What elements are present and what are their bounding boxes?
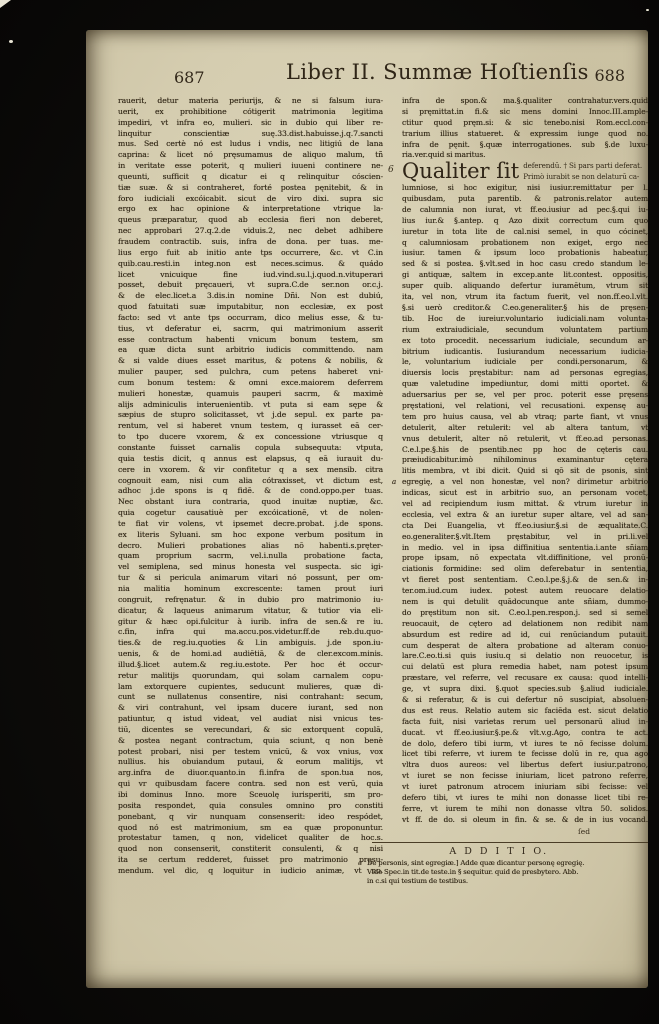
text-line: mendum. vel dic, q loquitur in iudicio a… — [118, 866, 383, 877]
text-line: vltra duos aureos: vel libertus defert i… — [402, 760, 648, 771]
text-line: & de elec.licet.a 3.dis.in nomine Dñi. N… — [118, 291, 383, 302]
left-column: rauerit, detur materia periurijs, & ne s… — [118, 96, 383, 886]
text-line: nullius. his obuiandum putaui, & eorum m… — [118, 757, 383, 768]
text-line: si pręmittat.in fi.& sic mens domini Inn… — [402, 107, 648, 118]
text-line: ferre, vt iurem te mihi non donasse vltr… — [402, 804, 648, 815]
text-line: ergo ex hac opinione & interpretatione v… — [118, 204, 383, 215]
text-line: te fiat vir volens, vt ipsemet decre.pro… — [118, 519, 383, 530]
text-line: cunt se nullatenus consentire, nisi cont… — [118, 692, 383, 703]
text-line: licet tibi referre, vt iurem te fecisse … — [402, 749, 648, 760]
text-line: ea quæ dicta sunt arbitrio iudicis commi… — [118, 345, 383, 356]
text-line: cere in vxorem. & vir confitetur q a sex… — [118, 465, 383, 476]
text-line: foro iudiciali excóicabit. sicut de viro… — [118, 194, 383, 205]
text-line: infra de spon.& ma.§.qualiter contrahatu… — [402, 96, 648, 107]
section-side-line: deferendū. † Si pars parti deferat. — [523, 161, 648, 172]
text-line: rium extraiudiciale, secundum voluntatem… — [402, 325, 648, 336]
text-line: c.fin, infra qui ma.accu.pos.videtur.ff.… — [118, 627, 383, 638]
section-heading-side: deferendū. † Si pars parti deferat. Prim… — [519, 161, 648, 183]
text-line: quod fatuitati suæ imputabitur, non eccl… — [118, 302, 383, 313]
text-line: caprina: & licet nó pręsumamus de aliquo… — [118, 150, 383, 161]
text-line: illud.§.licet autem.& reg.iu.estote. Per… — [118, 660, 383, 671]
text-line: tiæ suæ. & si contraheret, forté postea … — [118, 183, 383, 194]
text-columns: rauerit, detur materia periurijs, & ne s… — [118, 96, 648, 886]
text-line: in veritate esse poterit, q mulieri iuue… — [118, 161, 383, 172]
text-line: detulerit, alter retulerit: vel ab alter… — [402, 423, 648, 434]
text-line: ciationis formidine: sed olim deferebatu… — [402, 564, 648, 575]
text-line: rauerit, detur materia periurijs, & ne s… — [118, 96, 383, 107]
text-line: vt iuret patronum atrocem iniuriam sibi … — [402, 782, 648, 793]
text-line: queunti, sufficit q dicatur ei q relinqu… — [118, 172, 383, 183]
margin-letter: a — [392, 477, 396, 488]
text-line: dicatur, & laqueus animarum vitatur, & t… — [118, 606, 383, 617]
text-line: sæpius de stupro solicitasset, vt j.de s… — [118, 410, 383, 421]
text-line: mulieri honestæ, quamuis pauperi sacrm, … — [118, 389, 383, 400]
text-line: decro. Mulieri probationes alias nō habe… — [118, 541, 383, 552]
text-line: ducat. vt ff.eo.iusiur.§.pe.& vlt.v.g.Ag… — [402, 728, 648, 739]
text-line: posita respondet, quia consules omnino p… — [118, 801, 383, 812]
text-line: queus præparatur, quod ab ecclesia fieri… — [118, 215, 383, 226]
text-line: lius ergo fuit ab initio ante tps occurr… — [118, 248, 383, 259]
text-line: aduersarius per se, vel per proc. poteri… — [402, 390, 648, 401]
scan-speck — [9, 40, 13, 43]
text-line: protestatur tamen, q non, videlicet qual… — [118, 833, 383, 844]
text-line: alijs adminiculis interuenientib. vt put… — [118, 400, 383, 411]
text-line: ecclesia, vel extra & an iuretur super a… — [402, 510, 648, 521]
additio-margin-letter: a — [358, 859, 362, 867]
text-line: vt ff. de do. si oleum in fin. & se. & d… — [402, 815, 648, 826]
right-column-body: lumniose, si hoc exigitur, nisi iusiur.r… — [402, 183, 648, 826]
text-line: cum bonum testem: & omni exce.maiorem de… — [118, 378, 383, 389]
text-line: C.e.l.pe.§.his de psentib.nec pp hoc de … — [402, 445, 648, 456]
text-line: de dolo, defero tibi iurm, vt iures te n… — [402, 739, 648, 750]
text-line: & si referatur, & is cui defertur nō sus… — [402, 695, 648, 706]
text-line: tem pro huius causa, vel ab vtraq; parte… — [402, 412, 648, 423]
text-line: absurdum est redire ad id, cui renūciand… — [402, 630, 648, 641]
text-line: Vide Spec.in tit.de teste.in § sequitur.… — [367, 868, 640, 877]
text-line: prope ipsam, nō expectata vlt.diffinitio… — [402, 553, 648, 564]
text-line: qui vr quibusdam facere contra. sed non … — [118, 779, 383, 790]
text-line: uenis, & de homi.ad audiētiā, & de cler.… — [118, 649, 383, 660]
text-line: vt iuret se non fecisse iniuriam, licet … — [402, 771, 648, 782]
right-column-intro: infra de spon.& ma.§.qualiter contrahatu… — [402, 96, 648, 161]
text-line: quod nó est matrimonium, sm ea quæ propo… — [118, 823, 383, 834]
additio-section: A D D I T I O. a De personis, sint egreg… — [358, 846, 640, 886]
text-line: tur & si pericula animarum vitari nó pos… — [118, 573, 383, 584]
text-line: ter.om.iud.cum iudex. potest autem reuoc… — [402, 586, 648, 597]
text-line: Nec obstant iura contraria, quod inuitæ … — [118, 497, 383, 508]
text-line: ex literis Syluani. sm hoc expone verbum… — [118, 530, 383, 541]
text-line: cum desperat de altera probatione ad alt… — [402, 641, 648, 652]
text-line: impediri, vt infra eo, mulieri. sic in d… — [118, 118, 383, 129]
page-header: 687 Liber II. Summæ Hoſtienſis 688 — [118, 60, 648, 94]
text-line: quæ valetudine impediuntur, domi mitti o… — [402, 379, 648, 390]
text-line: vt fieret post sententiam. C.eo.l.pe.§.j… — [402, 575, 648, 586]
text-line: iusiur. tamen & ipsum loco probationis h… — [402, 248, 648, 259]
text-line: tib. Hoc de iureiur.voluntario iudiciali… — [402, 314, 648, 325]
text-line: ex toto procedit. necessarium iudiciale,… — [402, 336, 648, 347]
additio-heading: A D D I T I O. — [358, 846, 640, 857]
section-heading-block: 6 Qualiter ſit deferendū. † Si pars part… — [402, 161, 648, 183]
text-line: patiuntur, q istud videat, vel audiat ni… — [118, 714, 383, 725]
text-line: in medio. vel in ipsa diffinitiua senten… — [402, 543, 648, 554]
text-line: vel ad recipiendum iusm mittat. & vtrum … — [402, 499, 648, 510]
text-line: de calumnia non iurat, vt ff.eo.iusiur a… — [402, 205, 648, 216]
text-line: mulier pauper, sed pulchra, cum petens h… — [118, 367, 383, 378]
text-line: do pręstitum non sit. C.eo.l.pen.respon.… — [402, 608, 648, 619]
text-line: bitrium iudicantis. Iusiurandum necessar… — [402, 347, 648, 358]
text-line: & postea negant contractum, quia sciunt,… — [118, 736, 383, 747]
additio-lines: a De personis, sint egregiæ.] Adde quæ d… — [358, 859, 640, 886]
text-line: to tpo ducere vxorem, & ex concessione v… — [118, 432, 383, 443]
text-line: gi antiquæ, saltem in excep.ante lit.con… — [402, 270, 648, 281]
section-side-line: Primò iurabit se non delaturū ca- — [523, 172, 648, 183]
text-line: quib.cau.resti.in integ.non est neces.sc… — [118, 259, 383, 270]
text-line: & viri contrahunt, vel ipsam ducere iura… — [118, 703, 383, 714]
margin-number: 6 — [388, 165, 394, 175]
text-line: ibi dominus Inno. more Sceuolę iurisperi… — [118, 790, 383, 801]
text-line: arg.infra de diuor.quanto.in fi.infra de… — [118, 768, 383, 779]
text-line: vnus detulerit, alter nō retulerit, vt f… — [402, 434, 648, 445]
catchword-row: ſed — [402, 826, 648, 837]
catchword: ſed — [578, 827, 590, 836]
folio-number-right: 688 — [594, 66, 625, 85]
text-line: in c.si qui testium de testibus. — [367, 877, 640, 886]
text-line: quam proprium sacrm, vel.i.nulla probati… — [118, 551, 383, 562]
text-line: litis membra, vt ibi dicit. Quid si qō s… — [402, 466, 648, 477]
text-line: §.si uerò creditor.& C.eo.generaliter.§ … — [402, 303, 648, 314]
page-title: Liber II. Summæ Hoſtienſis — [286, 60, 589, 84]
text-line: rentum, vel si haberet vnum testem, q iu… — [118, 421, 383, 432]
text-line: uerit, ex prohibitione cótigerit matrimo… — [118, 107, 383, 118]
text-line: defero tibi, vt iures te mihi non donass… — [402, 793, 648, 804]
text-line: gitur & hæc opi.fulcitur à iurib. infra … — [118, 617, 383, 628]
text-line: q calumniosam probationem non exiget, er… — [402, 238, 648, 249]
text-line: trarium illius statueret. & expressim iu… — [402, 129, 648, 140]
text-line: facta fuit, nisi varietas rerum uel pers… — [402, 717, 648, 728]
text-line: ita se certum redderet, fuisset pro matr… — [118, 855, 383, 866]
book-page: 687 Liber II. Summæ Hoſtienſis 688 rauer… — [86, 30, 648, 988]
text-line: constante fuisset carnalis copula subseq… — [118, 443, 383, 454]
text-line: & si valde diues esset maritus, & potens… — [118, 356, 383, 367]
section-heading: Qualiter ſit — [402, 161, 519, 183]
text-line: quia cogetur causatiuè per excóicationē,… — [118, 508, 383, 519]
text-line: fraudem contractib. suis, infra de dona.… — [118, 237, 383, 248]
text-line: lumniose, si hoc exigitur, nisi iusiur.r… — [402, 183, 648, 194]
text-line: aegregię, a vel non honestæ, vel non? di… — [402, 477, 648, 488]
text-line: eo.generaliter.§.vlt.Item pręstabitur, v… — [402, 532, 648, 543]
text-line: nec approbari 27.q.2.de viduis.2, nec de… — [118, 226, 383, 237]
text-line: diuersis locis pręstabitur: nam ad perso… — [402, 368, 648, 379]
folio-number-left: 687 — [174, 68, 205, 87]
text-line: cui delatū est plura remedia habet, nam … — [402, 662, 648, 673]
text-line: ge, vt supra dixi. §.quot species.sub §.… — [402, 684, 648, 695]
text-line: esse contractum habenti vnicum bonum tes… — [118, 335, 383, 346]
text-line: reuocauit, de cętero ad delationem non r… — [402, 619, 648, 630]
text-line: nia malitia hominum excrescente: tamen p… — [118, 584, 383, 595]
right-column: infra de spon.& ma.§.qualiter contrahatu… — [402, 96, 648, 886]
text-line: super quib. aliquando defertur iuramētum… — [402, 281, 648, 292]
text-line: lius iur.& §.antep. q Azo dixit correctu… — [402, 216, 648, 227]
text-line: quia testis dicit, q annus est elapsus, … — [118, 454, 383, 465]
text-line: potest probari, nisi per testem vnicū, &… — [118, 747, 383, 758]
text-line: dus est reus. Relatio autem sic faciēda … — [402, 706, 648, 717]
text-line: le, voluntarium iudiciale per condi.pers… — [402, 357, 648, 368]
text-line: vel semiplena, sed minus honesta vel sus… — [118, 562, 383, 573]
text-line: mus. Sed certè nó est ludus i vndis, nec… — [118, 139, 383, 150]
text-line: lam extorquere cupientes, seducunt mulie… — [118, 682, 383, 693]
text-line: tiū, dicentes se verecundari, & sic exto… — [118, 725, 383, 736]
text-line: facto: sed vt ante tps occurram, dico me… — [118, 313, 383, 324]
text-line: iuretur in tota lite de cal.nisi semel, … — [402, 227, 648, 238]
text-line: sed & si postea. §.vlt.sed in hoc casu c… — [402, 259, 648, 270]
text-line: ita, vel non, vtrum ita factum fuerit, v… — [402, 292, 648, 303]
text-line: adhoc j.de spons is q fidē. & de cond.op… — [118, 486, 383, 497]
text-line: cognouit eam, nisi cum alia cótraxisset,… — [118, 476, 383, 487]
scan-speck — [0, 0, 11, 8]
text-line: ties.& de reg.iu.quoties & l.in ambiguis… — [118, 638, 383, 649]
text-line: tius, vt deferatur ei, sacrm, qui matrim… — [118, 324, 383, 335]
text-line: indicas, sicut est in arbitrio suo, an p… — [402, 488, 648, 499]
text-line: licet vnicuique fine iud.vind.su.l.j.quo… — [118, 270, 383, 281]
text-line: linquitur conscientiæ suę.33.dist.habuis… — [118, 129, 383, 140]
text-line: lare.C.eo.ti.si quis iusiu.q si delatio … — [402, 651, 648, 662]
text-line: De personis, sint egregiæ.] Adde quæ dic… — [367, 859, 640, 868]
text-line: quod non consenserit, constiterit consul… — [118, 844, 383, 855]
text-line: pręstationi, vel relationi, vel recusati… — [402, 401, 648, 412]
text-line: infra de pęnit. §.quæ interrogationes. s… — [402, 140, 648, 151]
text-line: ponebant, q vir nunquam consenserit: ide… — [118, 812, 383, 823]
text-line: congruit, refręnatur. & in dubio pro mat… — [118, 595, 383, 606]
text-line: quibusdam, puta parentib. & patronis.rel… — [402, 194, 648, 205]
scan-speck — [646, 9, 649, 11]
text-line: nem is qui detulit quādocunque ante sñia… — [402, 597, 648, 608]
scan-background: 687 Liber II. Summæ Hoſtienſis 688 rauer… — [0, 0, 659, 1024]
text-line: posset, debuit pręcaueri, vt supra.C.de … — [118, 280, 383, 291]
text-line: præiudicabitur.imò nihilominus examinant… — [402, 455, 648, 466]
additio-rule — [372, 842, 648, 843]
text-line: cta Dei Euangelia, vt ff.eo.iusiur.§.si … — [402, 521, 648, 532]
text-line: retur malitijs quorundam, qui solam carn… — [118, 671, 383, 682]
text-line: præstare, vel referre, vel recusare ex c… — [402, 673, 648, 684]
text-line: ctitur quod pręm.si: & sic tenebo.nisi R… — [402, 118, 648, 129]
